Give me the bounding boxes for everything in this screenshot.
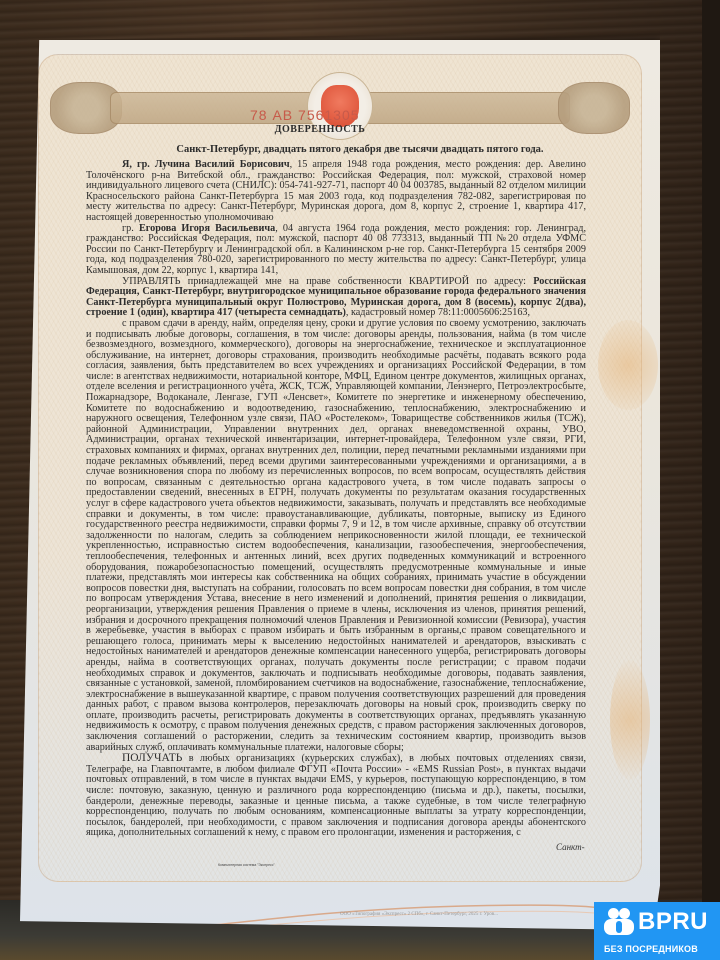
- place-and-date: Санкт-Петербург, двадцать пятого декабря…: [140, 144, 580, 155]
- paper-stain: [610, 660, 650, 780]
- receive-correspondence-paragraph: ПОЛУЧАТЬ в любых организациях (курьерски…: [86, 753, 586, 839]
- table-right-edge: [702, 0, 720, 960]
- grantor-name: Я, гр. Лучина Василий Борисович: [122, 159, 290, 170]
- watermark-tagline: БЕЗ ПОСРЕДНИКОВ: [604, 944, 698, 954]
- rosette-right-ornament: [558, 82, 630, 134]
- attorney-prefix: гр.: [122, 223, 139, 234]
- manage-clause: УПРАВЛЯТЬ принадлежащей мне на праве соб…: [122, 276, 533, 287]
- document-body: Я, гр. Лучина Василий Борисович, 15 апре…: [86, 160, 586, 839]
- grantor-paragraph: Я, гр. Лучина Василий Борисович, 15 апре…: [86, 160, 586, 224]
- attorney-name: Егорова Игоря Васильевича: [139, 223, 275, 234]
- watermark-logo: BPRU: [604, 908, 708, 936]
- attorney-paragraph: гр. Егорова Игоря Васильевича, 04 август…: [86, 224, 586, 277]
- receive-clause: ПОЛУЧАТЬ: [122, 752, 182, 764]
- watermark-brand: BPRU: [638, 908, 708, 936]
- form-system-note: Компьютерная система "Экспресс": [218, 863, 275, 867]
- receive-details: в любых организациях (курьерских службах…: [86, 753, 586, 838]
- bpru-watermark-badge: BPRU БЕЗ ПОСРЕДНИКОВ: [594, 902, 720, 960]
- document-serial-number: 78 АВ 7561305: [250, 107, 360, 123]
- powers-paragraph: с правом сдачи в аренду, найм, определяя…: [86, 319, 586, 753]
- people-key-icon: [604, 908, 634, 936]
- printer-imprint: ООО «Типография «Экспресс» 2 СПб», г. Са…: [340, 912, 498, 917]
- page-continuation-mark: Санкт-: [556, 842, 585, 852]
- document-title: ДОВЕРЕННОСТЬ: [250, 124, 390, 135]
- cadastral-number: , кадастровый номер 78:11:0005606:25163,: [346, 307, 530, 318]
- manage-property-paragraph: УПРАВЛЯТЬ принадлежащей мне на праве соб…: [86, 277, 586, 319]
- paper-stain: [598, 320, 658, 410]
